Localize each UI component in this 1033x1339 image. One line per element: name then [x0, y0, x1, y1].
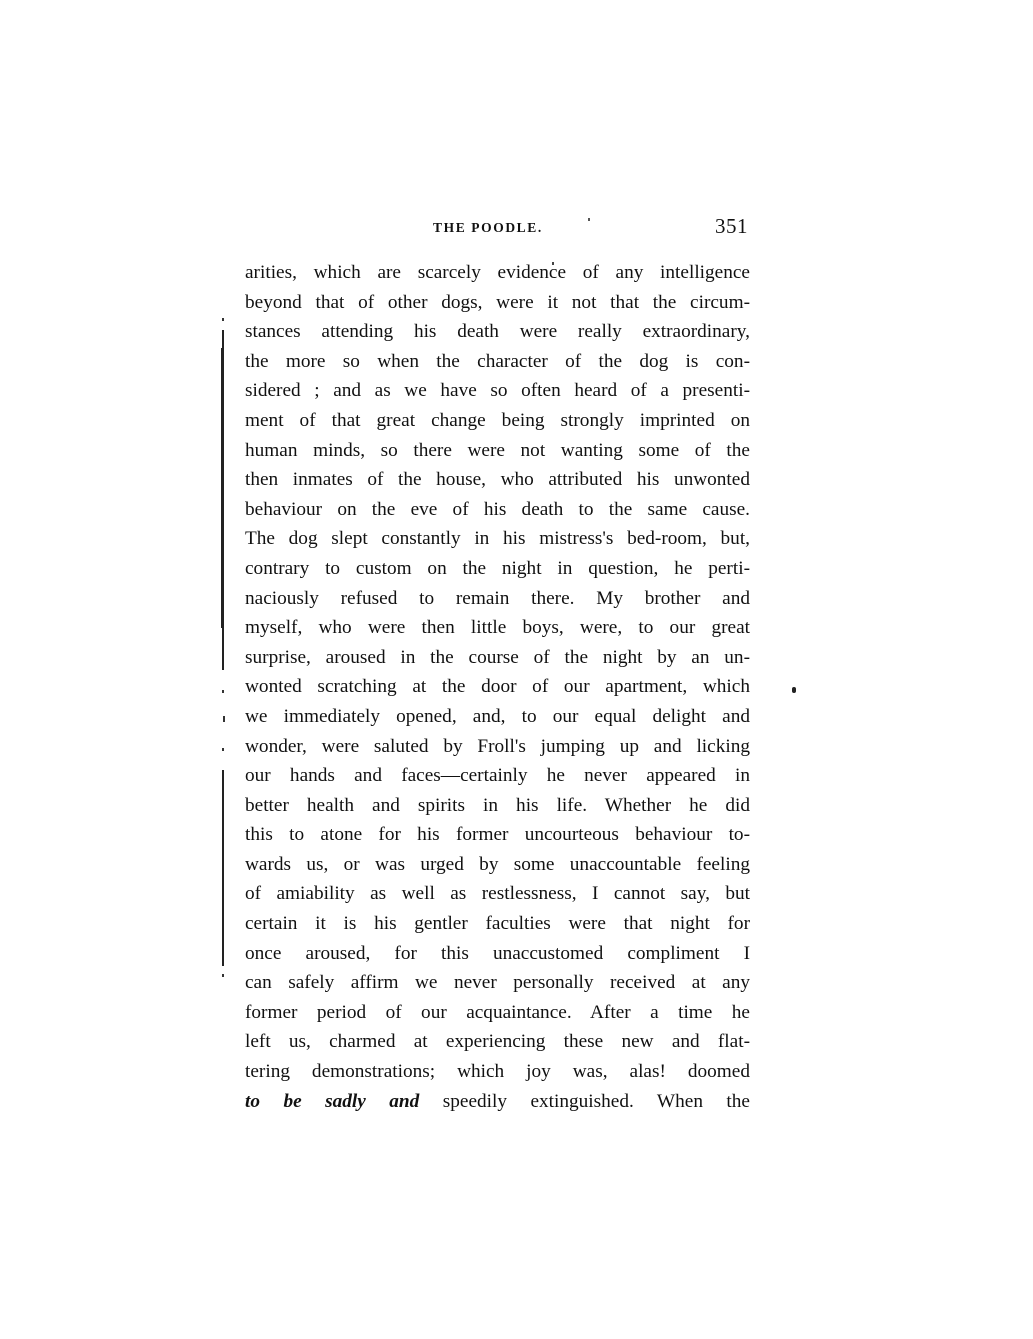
- chapter-title: THE POODLE.: [433, 220, 543, 236]
- text-line: behaviour on the eve of his death to the…: [245, 495, 750, 525]
- text-line: left us, charmed at experiencing these n…: [245, 1027, 750, 1057]
- text-line: wards us, or was urged by some unaccount…: [245, 850, 750, 880]
- text-line: once aroused, for this unaccustomed comp…: [245, 939, 750, 969]
- text-line: former period of our acquaintance. After…: [245, 998, 750, 1028]
- margin-scan-artifact: [218, 318, 228, 978]
- text-line: our hands and faces—certainly he never a…: [245, 761, 750, 791]
- text-line: certain it is his gentler faculties were…: [245, 909, 750, 939]
- text-line: human minds, so there were not wanting s…: [245, 436, 750, 466]
- text-line: surprise, aroused in the course of the n…: [245, 643, 750, 673]
- text-line: beyond that of other dogs, were it not t…: [245, 288, 750, 318]
- body-text: arities, which are scarcely evidence of …: [245, 258, 750, 1116]
- text-line: naciously refused to remain there. My br…: [245, 584, 750, 614]
- italic-phrase: to be sadly and: [245, 1091, 419, 1112]
- text-line: sidered ; and as we have so often heard …: [245, 376, 750, 406]
- text-line: The dog slept constantly in his mistress…: [245, 524, 750, 554]
- text-line: wonder, were saluted by Froll's jumping …: [245, 732, 750, 762]
- page-number: 351: [715, 214, 748, 239]
- text-fragment: speedily extinguished. When the: [443, 1091, 750, 1112]
- text-line: myself, who were then little boys, were,…: [245, 613, 750, 643]
- text-line: stances attending his death were really …: [245, 317, 750, 347]
- text-line: of amiability as well as restlessness, I…: [245, 879, 750, 909]
- text-line: can safely affirm we never personally re…: [245, 968, 750, 998]
- text-line: better health and spirits in his life. W…: [245, 791, 750, 821]
- text-line: tering demonstrations; which joy was, al…: [245, 1057, 750, 1087]
- text-line-last: to be sadly and speedily extinguished. W…: [245, 1087, 750, 1117]
- text-line: the more so when the character of the do…: [245, 347, 750, 377]
- text-line: wonted scratching at the door of our apa…: [245, 672, 750, 702]
- text-line: this to atone for his former uncourteous…: [245, 820, 750, 850]
- running-head: THE POODLE. 351: [245, 216, 750, 240]
- text-line: then inmates of the house, who attribute…: [245, 465, 750, 495]
- scan-artifact-mark: [792, 687, 796, 693]
- text-line: we immediately opened, and, to our equal…: [245, 702, 750, 732]
- text-line: contrary to custom on the night in quest…: [245, 554, 750, 584]
- scanned-book-page: THE POODLE. 351 arities, which are scarc…: [0, 0, 1033, 1339]
- text-line: arities, which are scarcely evidence of …: [245, 258, 750, 288]
- text-line: ment of that great change being strongly…: [245, 406, 750, 436]
